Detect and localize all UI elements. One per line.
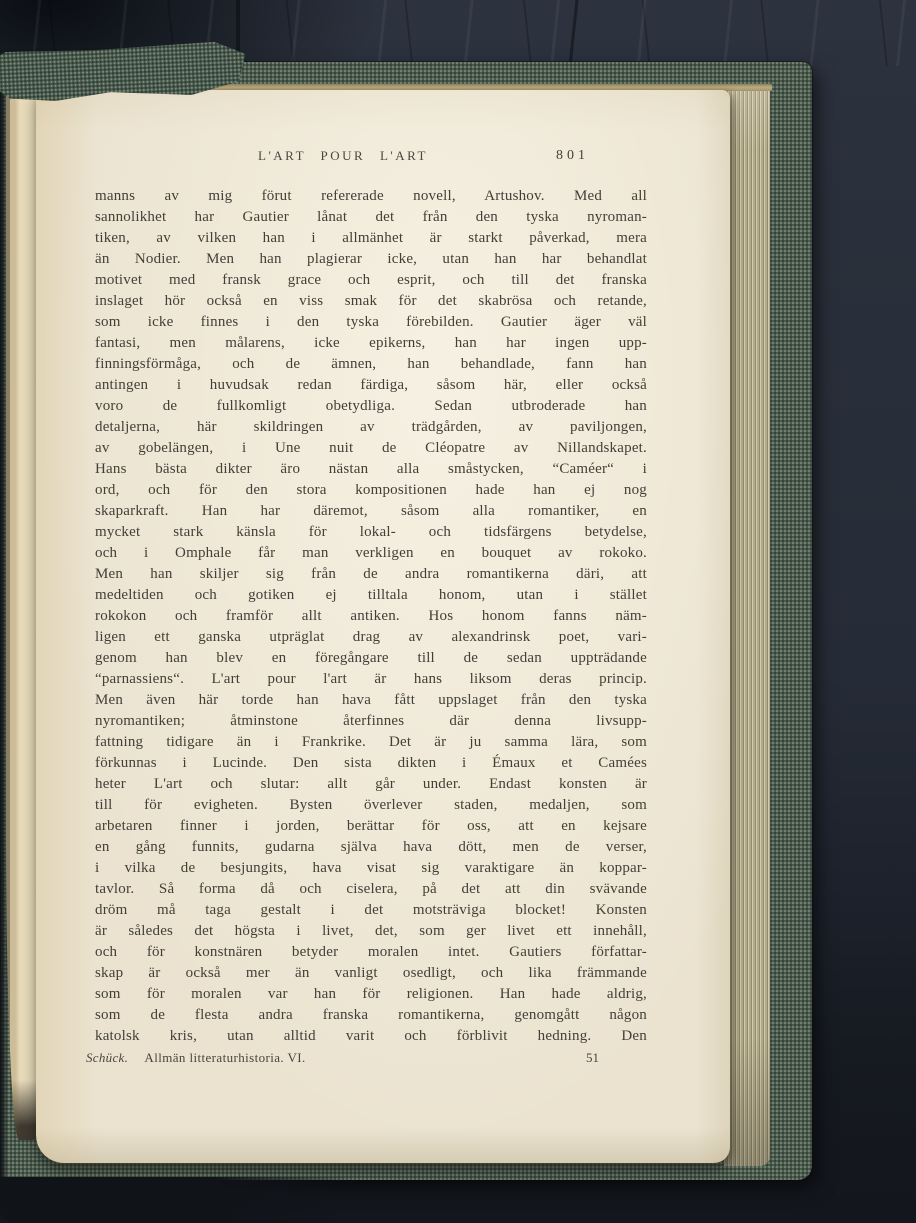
text-line: fattning tidigare än i Frankrike. Det är… [95, 732, 647, 753]
book-scan-photo: { "page": { "header": { "running_title":… [0, 0, 916, 1223]
text-line: än Nodier. Men han plagierar icke, utan … [95, 249, 647, 270]
text-line: som de flesta andra franska romantikerna… [95, 1005, 647, 1026]
text-line: sannolikhet har Gautier lånat det från d… [95, 207, 647, 228]
text-line: medeltiden och gotiken ej tilltala honom… [95, 585, 647, 606]
text-line: dröm må taga gestalt i det motsträviga b… [95, 900, 647, 921]
text-line: Men även här torde han hava fått uppslag… [95, 690, 647, 711]
text-line: förkunnas i Lucinde. Den sista dikten i … [95, 753, 647, 774]
text-line: motivet med fransk grace och esprit, och… [95, 270, 647, 291]
text-line: och för konstnären betyder moralen intet… [95, 942, 647, 963]
text-line: antingen i huvudsak redan färdiga, såsom… [95, 375, 647, 396]
text-line: detaljerna, här skildringen av trädgårde… [95, 417, 647, 438]
book-page: L'ART POUR L'ART 801 manns av mig förut … [36, 90, 730, 1163]
body-text: manns av mig förut refererade novell, Ar… [95, 186, 647, 1047]
text-line: “parnassiens“. L'art pour l'art är hans … [95, 669, 647, 690]
text-line: nyromantiken; åtminstone återfinnes där … [95, 711, 647, 732]
text-line: ligen ett ganska utpräglat drag av alexa… [95, 627, 647, 648]
footer-volume-title: Allmän litteraturhistoria. VI. [144, 1050, 305, 1065]
text-line: och i Omphale får man verkligen en bouqu… [95, 543, 647, 564]
text-line: skap är också mer än vanligt osedligt, o… [95, 963, 647, 984]
text-line: skaparkraft. Han har däremot, såsom alla… [95, 501, 647, 522]
text-line: som för moralen var han för religionen. … [95, 984, 647, 1005]
text-line: arbetaren finner i jorden, berättar för … [95, 816, 647, 837]
running-header: L'ART POUR L'ART 801 [95, 148, 647, 168]
text-line: av gobelängen, i Une nuit de Cléopatre a… [95, 438, 647, 459]
bottom-left-shadow [0, 1177, 380, 1223]
footer-signature: Schück. [86, 1050, 128, 1065]
text-line: heter L'art och slutar: allt går under. … [95, 774, 647, 795]
text-line: en gång funnits, gudarna själva hava döt… [95, 837, 647, 858]
footer-sheet-number: 51 [586, 1050, 599, 1066]
text-line: som icke finnes i den tyska förebilden. … [95, 312, 647, 333]
text-line: ord, och för den stora kompositionen had… [95, 480, 647, 501]
text-line: katolsk kris, utan alltid varit och förb… [95, 1026, 647, 1047]
text-line: inslaget hör också en viss smak för det … [95, 291, 647, 312]
text-line: i vilka de besjungits, hava visat sig va… [95, 858, 647, 879]
text-line: Men han skiljer sig från de andra romant… [95, 564, 647, 585]
text-line: manns av mig förut refererade novell, Ar… [95, 186, 647, 207]
text-line: voro de fullkomligt obetydliga. Sedan ut… [95, 396, 647, 417]
text-line: finningsförmåga, och de ämnen, han behan… [95, 354, 647, 375]
page-number: 801 [556, 148, 589, 164]
page-footer: Schück. Allmän litteraturhistoria. VI. 5… [86, 1050, 647, 1068]
text-line: tavlor. Så forma då och ciselera, på det… [95, 879, 647, 900]
text-line: Hans bästa dikter äro nästan alla småsty… [95, 459, 647, 480]
text-line: mycket stark känsla för lokal- och tidsf… [95, 522, 647, 543]
text-line: tiken, av vilken han i allmänhet är star… [95, 228, 647, 249]
text-line: till för evigheten. Bysten överlever sta… [95, 795, 647, 816]
text-line: genom han blev en föregångare till de se… [95, 648, 647, 669]
fore-edge-pages [724, 86, 770, 1166]
text-line: fantasi, men målarens, icke epikerns, ha… [95, 333, 647, 354]
text-line: rokokon och framför allt antiken. Hos ho… [95, 606, 647, 627]
text-line: är således det högsta i livet, det, som … [95, 921, 647, 942]
